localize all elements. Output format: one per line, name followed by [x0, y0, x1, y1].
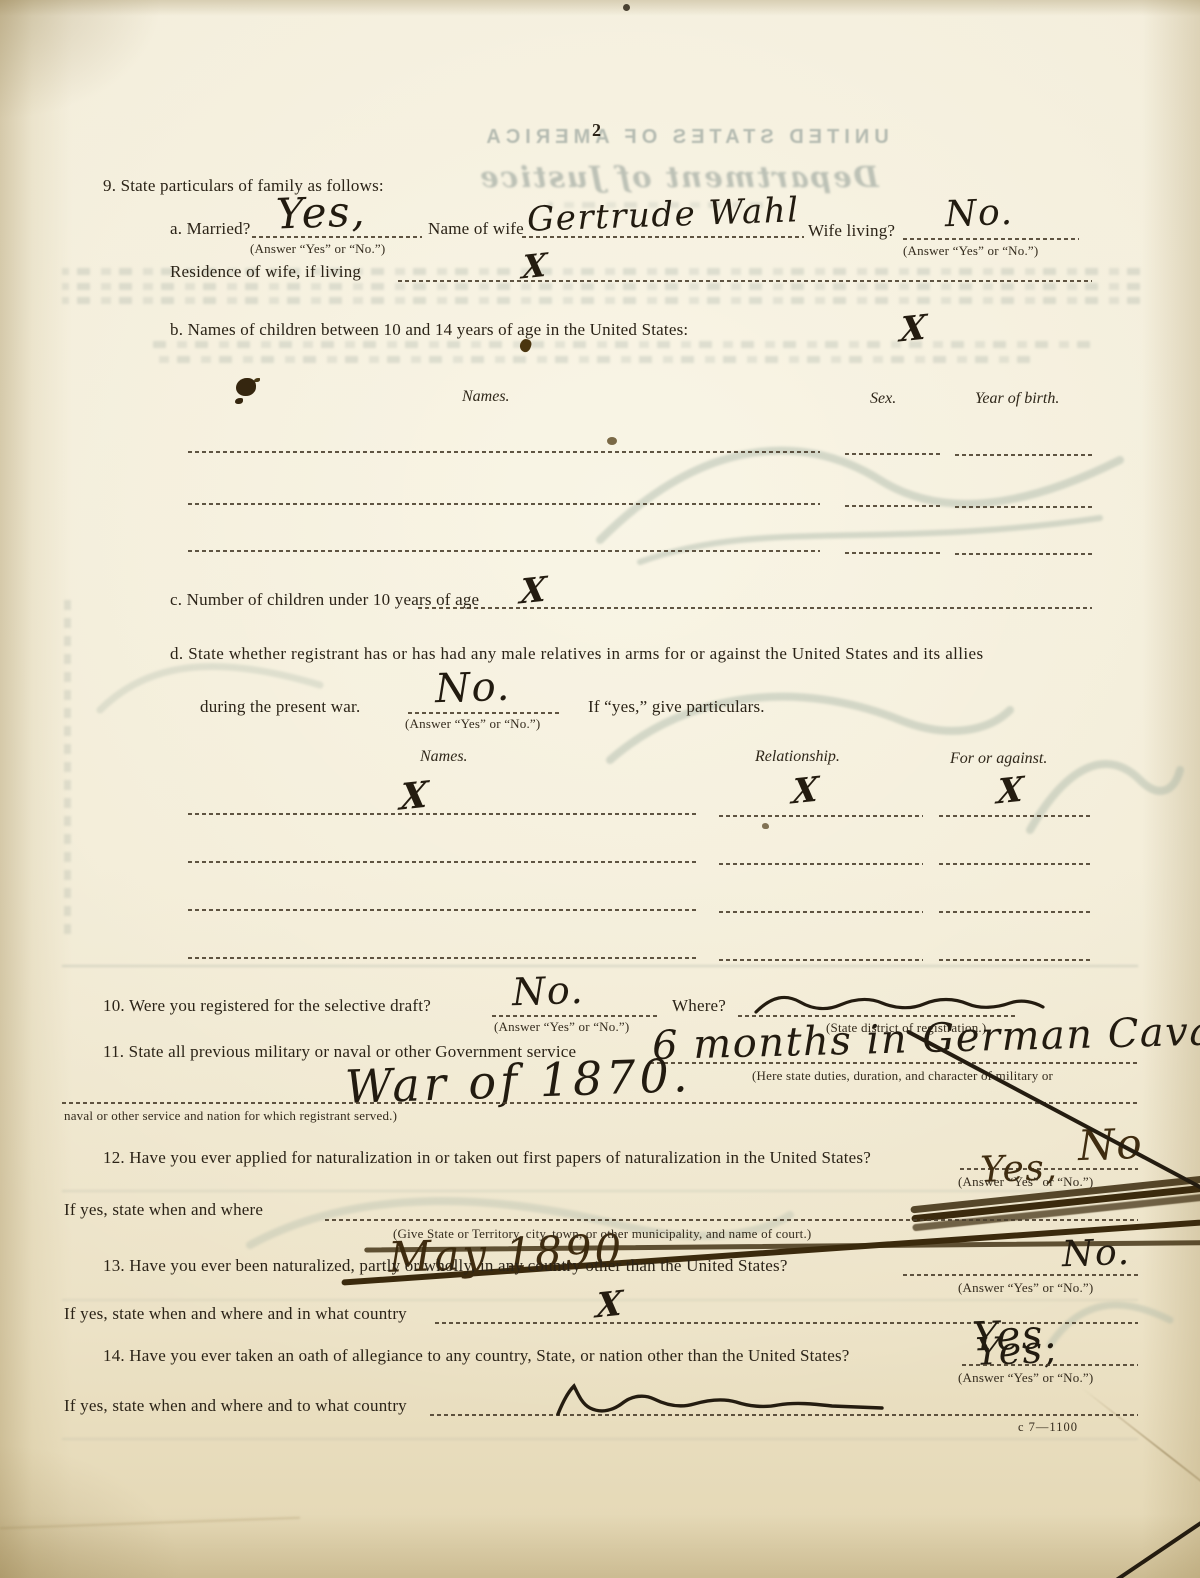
- document-page: UNITED STATES OF AMERICA Department of J…: [0, 0, 1200, 1578]
- q9d-war-label: during the present war.: [200, 697, 360, 717]
- answer-hint: (Answer “Yes” or “No.”): [903, 243, 1038, 259]
- q12-label: 12. Have you ever applied for naturaliza…: [103, 1148, 871, 1168]
- relatives-row-line: [188, 861, 697, 863]
- q12-when-label: If yes, state when and where: [64, 1200, 263, 1220]
- bleedthrough-margin-text: [64, 600, 71, 940]
- children-row-line: [955, 454, 1092, 456]
- relatives-row-line: [719, 911, 923, 913]
- bleedthrough-text-line: [62, 297, 1140, 304]
- military-hint-2: naval or other service and nation for wh…: [64, 1108, 397, 1124]
- answer-hint: (Answer “Yes” or “No.”): [958, 1370, 1093, 1386]
- wife-living-label: Wife living?: [808, 221, 895, 241]
- answer-hint: (Answer “Yes” or “No.”): [405, 716, 540, 732]
- paper-edge-left: [0, 0, 72, 1578]
- children-year-header: Year of birth.: [975, 390, 1059, 408]
- relatives-row-line: [188, 909, 697, 911]
- married-answer: Yes,: [275, 190, 366, 235]
- answer-hint: (Answer “Yes” or “No.”): [958, 1280, 1093, 1296]
- q10-label: 10. Were you registered for the selectiv…: [103, 996, 431, 1016]
- q14-answer-line: [962, 1364, 1138, 1366]
- residence-label: Residence of wife, if living: [170, 262, 361, 282]
- children-row-line: [845, 453, 940, 455]
- answer-hint: (Answer “Yes” or “No.”): [958, 1174, 1093, 1190]
- children-row-line: [188, 550, 820, 552]
- children-row-line: [845, 552, 940, 554]
- ink-blot: [236, 378, 256, 396]
- q10-answer-line: [492, 1015, 660, 1017]
- squiggle-mark: [552, 1380, 897, 1420]
- q13-when-label: If yes, state when and where and in what…: [64, 1304, 407, 1324]
- children-row-line: [188, 503, 820, 505]
- relatives-row-line: [719, 959, 923, 961]
- answer-hint: (Answer “Yes” or “No.”): [250, 241, 385, 257]
- bleedthrough-text-line: [150, 356, 1030, 363]
- bleedthrough-title-us: UNITED STATES OF AMERICA: [420, 126, 950, 149]
- paper-edge-bottom: [0, 1514, 1200, 1578]
- bleedthrough-text-line: [150, 341, 1090, 348]
- q14-answer: Yes.: [971, 1315, 1058, 1358]
- q11-continuation-line: [62, 1102, 1140, 1104]
- bleedthrough-text-line: [62, 283, 1140, 290]
- relatives-names-header: Names.: [420, 748, 468, 766]
- q13-answer-line: [903, 1274, 1138, 1276]
- residence-line: [398, 280, 1092, 282]
- relatives-x-mark: X: [996, 772, 1025, 809]
- relatives-for-against-header: For or against.: [950, 750, 1047, 768]
- relatives-row-line: [188, 813, 697, 815]
- q9d-particulars-label: If “yes,” give particulars.: [588, 697, 765, 717]
- relatives-row-line: [188, 957, 697, 959]
- court-hint: (Give State or Territory, city, town, or…: [393, 1226, 811, 1242]
- wife-name-value: Gertrude Wahl: [526, 193, 800, 236]
- children-row-line: [188, 451, 820, 453]
- q9c-x-mark: X: [519, 572, 548, 609]
- relatives-x-mark: X: [399, 776, 429, 815]
- bleedthrough-rule: [62, 1438, 1138, 1440]
- q9d-label: d. State whether registrant has or has h…: [170, 644, 983, 664]
- q13-label: 13. Have you ever been naturalized, part…: [103, 1256, 788, 1276]
- relatives-row-line: [939, 959, 1093, 961]
- children-names-header: Names.: [462, 388, 510, 406]
- relatives-x-mark: X: [791, 772, 820, 809]
- ink-blot: [607, 437, 617, 445]
- children-row-line: [955, 553, 1092, 555]
- children-sex-header: Sex.: [870, 390, 896, 408]
- wife-name-label: Name of wife: [428, 219, 524, 239]
- form-code: c 7—1100: [1018, 1420, 1078, 1435]
- wife-living-answer: No.: [944, 195, 1014, 233]
- ink-speck: [762, 823, 769, 829]
- bleedthrough-rule: [62, 965, 1138, 967]
- q14-label: 14. Have you ever taken an oath of alleg…: [103, 1346, 850, 1366]
- wife-living-line: [903, 238, 1079, 240]
- q10-answer: No.: [511, 971, 584, 1011]
- children-row-line: [845, 505, 940, 507]
- relatives-row-line: [719, 815, 923, 817]
- relatives-row-line: [939, 911, 1093, 913]
- q9d-answer-line: [408, 712, 560, 714]
- relatives-row-line: [939, 863, 1093, 865]
- q13-x-mark: X: [595, 1286, 624, 1323]
- q9a-married-label: a. Married?: [170, 219, 251, 239]
- paper-edge-top: [0, 0, 1200, 16]
- relatives-row-line: [719, 863, 923, 865]
- page-number: 2: [592, 120, 601, 141]
- q9b-x-mark: X: [899, 310, 928, 347]
- answer-hint: (Answer “Yes” or “No.”): [494, 1019, 629, 1035]
- crease-line: [0, 1517, 300, 1529]
- q9d-answer: No.: [434, 667, 511, 710]
- q9b-label: b. Names of children between 10 and 14 y…: [170, 320, 688, 340]
- relatives-row-line: [939, 815, 1093, 817]
- bleedthrough-title-doj: Department of Justice: [478, 160, 879, 194]
- children-row-line: [955, 506, 1092, 508]
- q13-answer: No.: [1061, 1235, 1131, 1273]
- crease-line: [1082, 1388, 1200, 1519]
- ink-speck: [623, 4, 630, 11]
- paper-corner-bottom-left: [0, 1388, 260, 1578]
- relatives-relationship-header: Relationship.: [755, 748, 840, 766]
- q14-when-label: If yes, state when and where and to what…: [64, 1396, 407, 1416]
- q10-where-label: Where?: [672, 996, 726, 1016]
- residence-x-mark: X: [521, 248, 548, 283]
- paper-corner-top-left: [0, 0, 230, 170]
